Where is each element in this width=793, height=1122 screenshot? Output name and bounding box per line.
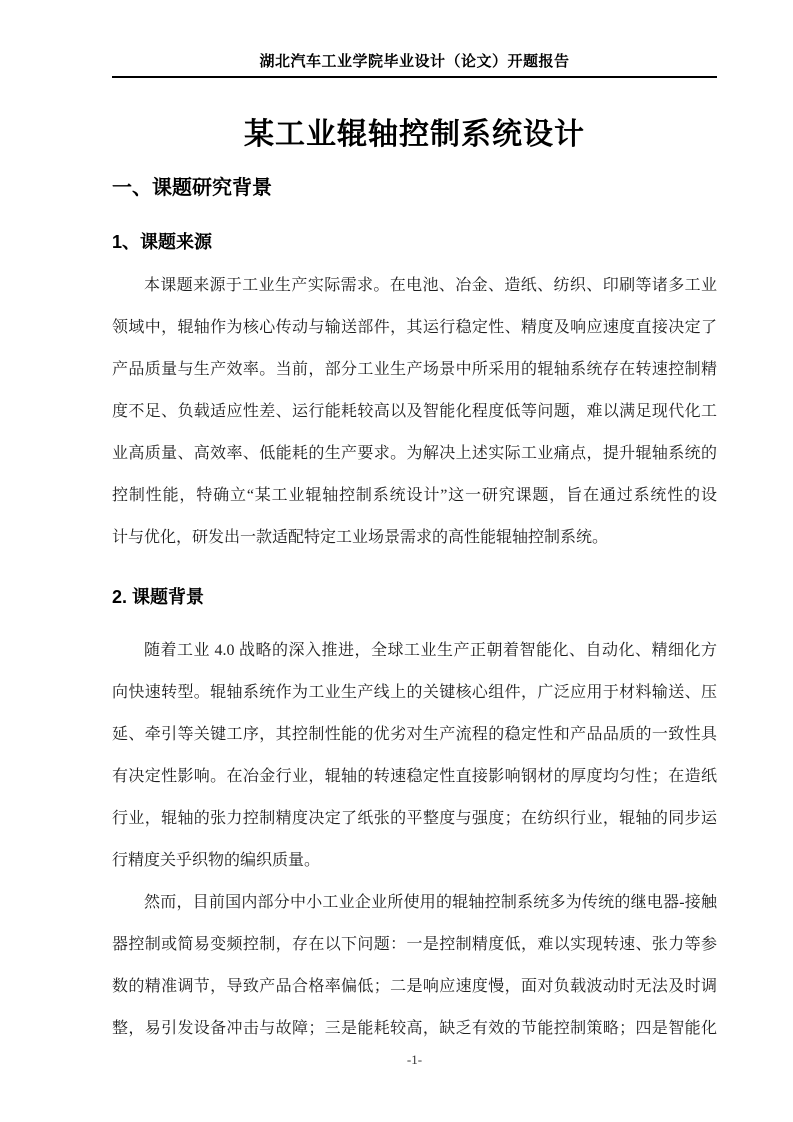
text-line: 整，易引发设备冲击与故障；三是能耗较高，缺乏有效的节能控制策略；四是智能化 — [112, 1008, 717, 1050]
text-line: 数的精准调节，导致产品合格率偏低；二是响应速度慢，面对负载波动时无法及时调 — [112, 966, 717, 1008]
text-line: 行业，辊轴的张力控制精度决定了纸张的平整度与强度；在纺织行业，辊轴的同步运 — [112, 798, 717, 840]
section-heading-1: 一、课题研究背景 — [112, 173, 717, 203]
text-line: 行精度关乎织物的编织质量。 — [112, 840, 717, 882]
paragraph-topic-source: 本课题来源于工业生产实际需求。在电池、冶金、造纸、纺织、印刷等诸多工业 领域中，… — [112, 265, 717, 559]
text-line: 有决定性影响。在冶金行业，辊轴的转速稳定性直接影响钢材的厚度均匀性；在造纸 — [112, 756, 717, 798]
document-page: 湖北汽车工业学院毕业设计（论文）开题报告 某工业辊轴控制系统设计 一、课题研究背… — [0, 0, 793, 1122]
page-content: 湖北汽车工业学院毕业设计（论文）开题报告 某工业辊轴控制系统设计 一、课题研究背… — [112, 0, 717, 1068]
page-title: 某工业辊轴控制系统设计 — [112, 113, 717, 157]
subsection-heading-2: 2. 课题背景 — [112, 583, 717, 611]
text-line: 延、牵引等关键工序，其控制性能的优劣对生产流程的稳定性和产品品质的一致性具 — [112, 714, 717, 756]
text-line: 产品质量与生产效率。当前，部分工业生产场景中所采用的辊轴系统存在转速控制精 — [112, 349, 717, 391]
text-line: 随着工业 4.0 战略的深入推进，全球工业生产正朝着智能化、自动化、精细化方 — [112, 630, 717, 672]
text-line: 向快速转型。辊轴系统作为工业生产线上的关键核心组件，广泛应用于材料输送、压 — [112, 672, 717, 714]
text-line: 控制性能，特确立“某工业辊轴控制系统设计”这一研究课题，旨在通过系统性的设 — [112, 475, 717, 517]
text-line: 度不足、负载适应性差、运行能耗较高以及智能化程度低等问题，难以满足现代化工 — [112, 391, 717, 433]
text-line: 器控制或简易变频控制，存在以下问题：一是控制精度低，难以实现转速、张力等参 — [112, 924, 717, 966]
paragraph-current-problems: 然而，目前国内部分中小工业企业所使用的辊轴控制系统多为传统的继电器-接触 器控制… — [112, 882, 717, 1050]
text-line: 领域中，辊轴作为核心传动与输送部件，其运行稳定性、精度及响应速度直接决定了 — [112, 307, 717, 349]
page-number: -1- — [112, 1052, 717, 1068]
text-line: 业高质量、高效率、低能耗的生产要求。为解决上述实际工业痛点，提升辊轴系统的 — [112, 433, 717, 475]
text-line: 本课题来源于工业生产实际需求。在电池、冶金、造纸、纺织、印刷等诸多工业 — [112, 265, 717, 307]
paragraph-topic-background: 随着工业 4.0 战略的深入推进，全球工业生产正朝着智能化、自动化、精细化方 向… — [112, 630, 717, 882]
subsection-heading-1: 1、课题来源 — [112, 228, 717, 256]
text-line: 然而，目前国内部分中小工业企业所使用的辊轴控制系统多为传统的继电器-接触 — [112, 882, 717, 924]
text-line: 计与优化，研发出一款适配特定工业场景需求的高性能辊轴控制系统。 — [112, 517, 717, 559]
document-header: 湖北汽车工业学院毕业设计（论文）开题报告 — [112, 51, 717, 78]
header-text: 湖北汽车工业学院毕业设计（论文）开题报告 — [259, 53, 569, 70]
